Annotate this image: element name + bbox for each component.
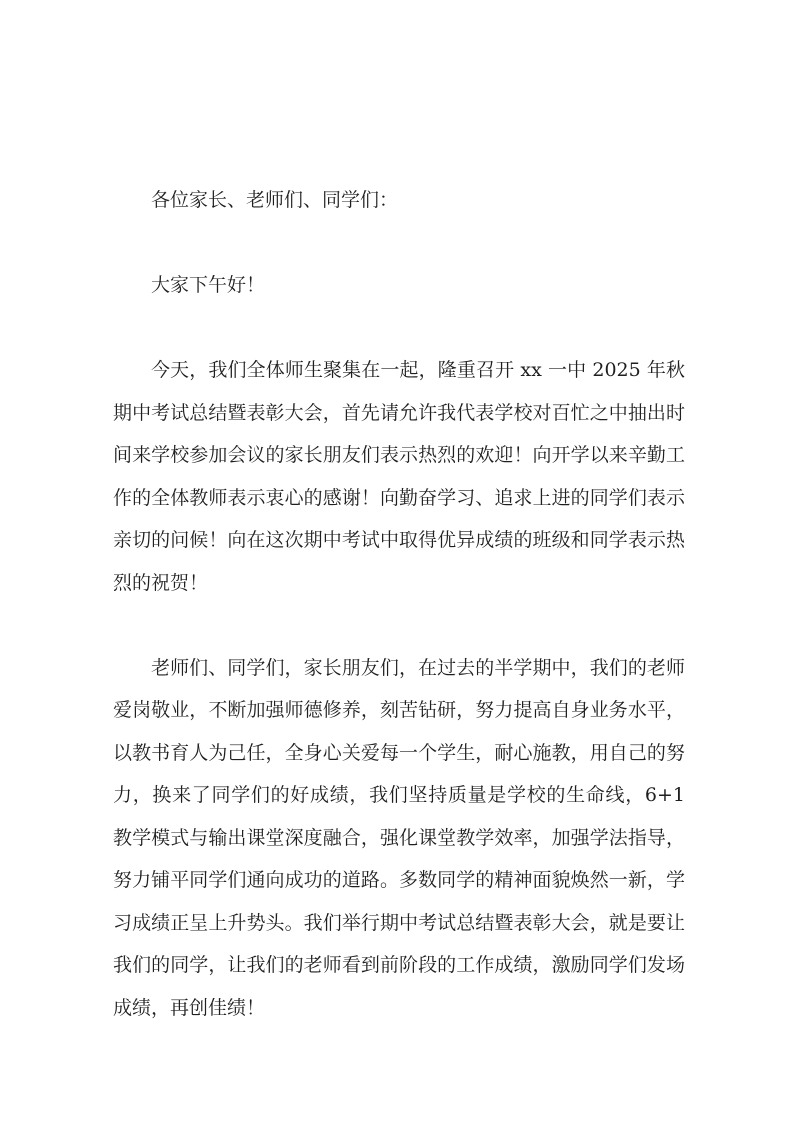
greeting-line: 大家下午好！ (113, 264, 685, 307)
document-page: 各位家长、老师们、同学们： 大家下午好！ 今天，我们全体师生聚集在一起，隆重召开… (0, 0, 793, 1122)
opening-paragraph: 今天，我们全体师生聚集在一起，隆重召开 xx 一中 2025 年秋期中考试总结暨… (113, 349, 685, 604)
document-body: 各位家长、老师们、同学们： 大家下午好！ 今天，我们全体师生聚集在一起，隆重召开… (113, 179, 685, 1072)
salutation-line: 各位家长、老师们、同学们： (113, 179, 685, 222)
body-paragraph: 老师们、同学们，家长朋友们，在过去的半学期中，我们的老师爱岗敬业，不断加强师德修… (113, 647, 685, 1030)
